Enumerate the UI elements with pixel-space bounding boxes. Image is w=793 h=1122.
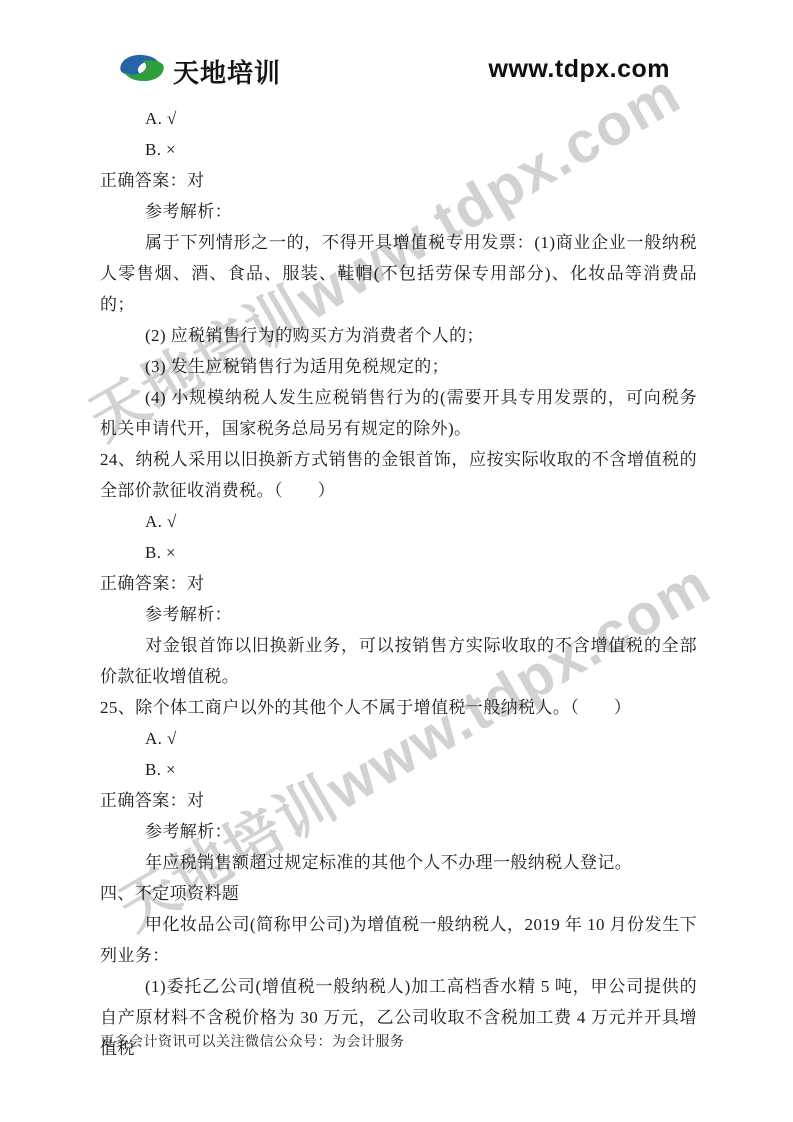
paragraph: 正确答案：对	[100, 785, 697, 816]
paragraph: 参考解析：	[100, 196, 697, 227]
paragraph: 四、不定项资料题	[100, 878, 697, 909]
paragraph: B. ×	[100, 754, 697, 785]
document-page: 天地培训www.tdpx.com 天地培训www.tdpx.com 天地培训 w…	[0, 0, 793, 1122]
paragraph: A. √	[100, 103, 697, 134]
paragraph: 正确答案：对	[100, 165, 697, 196]
paragraph: B. ×	[100, 134, 697, 165]
paragraph: B. ×	[100, 537, 697, 568]
paragraph: 甲化妆品公司(简称甲公司)为增值税一般纳税人，2019 年 10 月份发生下列业…	[100, 909, 697, 971]
paragraph: 正确答案：对	[100, 568, 697, 599]
paragraph: (4) 小规模纳税人发生应税销售行为的(需要开具专用发票的，可向税务机关申请代开…	[100, 382, 697, 444]
paragraph: 参考解析：	[100, 599, 697, 630]
paragraph: 属于下列情形之一的，不得开具增值税专用发票：(1)商业企业一般纳税人零售烟、酒、…	[100, 227, 697, 320]
paragraph: (2) 应税销售行为的购买方为消费者个人的；	[100, 320, 697, 351]
page-header: 天地培训 www.tdpx.com	[117, 46, 670, 92]
website-url: www.tdpx.com	[489, 55, 670, 84]
brand-logo-icon	[117, 48, 167, 88]
paragraph: 对金银首饰以旧换新业务，可以按销售方实际收取的不含增值税的全部价款征收增值税。	[100, 630, 697, 692]
paragraph: 参考解析：	[100, 816, 697, 847]
brand-name: 天地培训	[173, 53, 281, 90]
footer-note: 更多会计资讯可以关注微信公众号：为会计服务	[100, 1031, 405, 1051]
paragraph: (3) 发生应税销售行为适用免税规定的；	[100, 351, 697, 382]
document-body: A. √B. ×正确答案：对参考解析：属于下列情形之一的，不得开具增值税专用发票…	[100, 103, 697, 1064]
paragraph: A. √	[100, 506, 697, 537]
paragraph: A. √	[100, 723, 697, 754]
paragraph: 年应税销售额超过规定标准的其他个人不办理一般纳税人登记。	[100, 847, 697, 878]
paragraph: 25、除个体工商户以外的其他个人不属于增值税一般纳税人。（ ）	[100, 692, 697, 723]
paragraph: 24、纳税人采用以旧换新方式销售的金银首饰，应按实际收取的不含增值税的全部价款征…	[100, 444, 697, 506]
